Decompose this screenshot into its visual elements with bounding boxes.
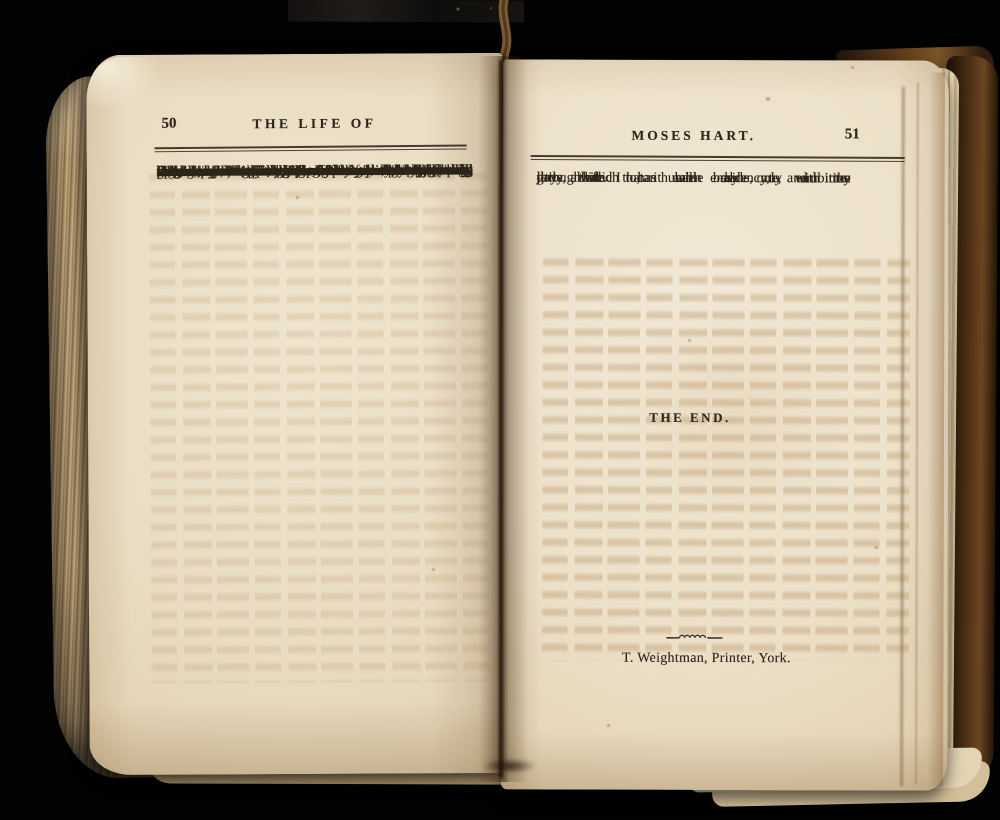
right-page: MOSES HART. 51 ject alluded to, it will … — [501, 59, 949, 790]
foxing-spot — [851, 66, 854, 69]
page-crease — [915, 83, 919, 785]
show-through-text-left — [149, 167, 496, 684]
show-through-text-right — [541, 254, 910, 663]
header-rule-right — [531, 155, 905, 162]
left-page: 50 THE LIFE OF stock up again, though my… — [86, 53, 506, 775]
page-number-right: 51 — [845, 126, 860, 143]
page-edge-shading — [927, 73, 945, 787]
text-line: from a humane consideration to the ob- — [157, 162, 473, 181]
foxing-spot — [607, 724, 610, 727]
printer-ornament-squiggle-icon — [665, 632, 723, 644]
gutter-smudge — [472, 756, 546, 776]
foxing-spot — [688, 339, 691, 342]
header-rule-left — [155, 145, 467, 153]
running-header-left: THE LIFE OF — [156, 115, 472, 133]
book-photo: 50 THE LIFE OF stock up again, though my… — [0, 0, 1000, 820]
the-end-label: THE END. — [590, 410, 790, 427]
gutter-line — [499, 60, 503, 778]
body-text-left: stock up again, though my earnings wereb… — [157, 162, 473, 164]
foxing-spot — [432, 568, 435, 571]
foxing-spot — [766, 97, 770, 101]
text-line: through life. — [537, 170, 851, 188]
gutter-shadow — [478, 56, 528, 782]
printer-imprint: T. Weightman, Printer, York. — [556, 651, 856, 668]
body-text-right: ject alluded to, it will enable me, with… — [537, 170, 851, 171]
foxing-spot — [875, 546, 878, 549]
running-header-right: MOSES HART. — [537, 128, 851, 145]
foxing-spot — [296, 196, 299, 199]
